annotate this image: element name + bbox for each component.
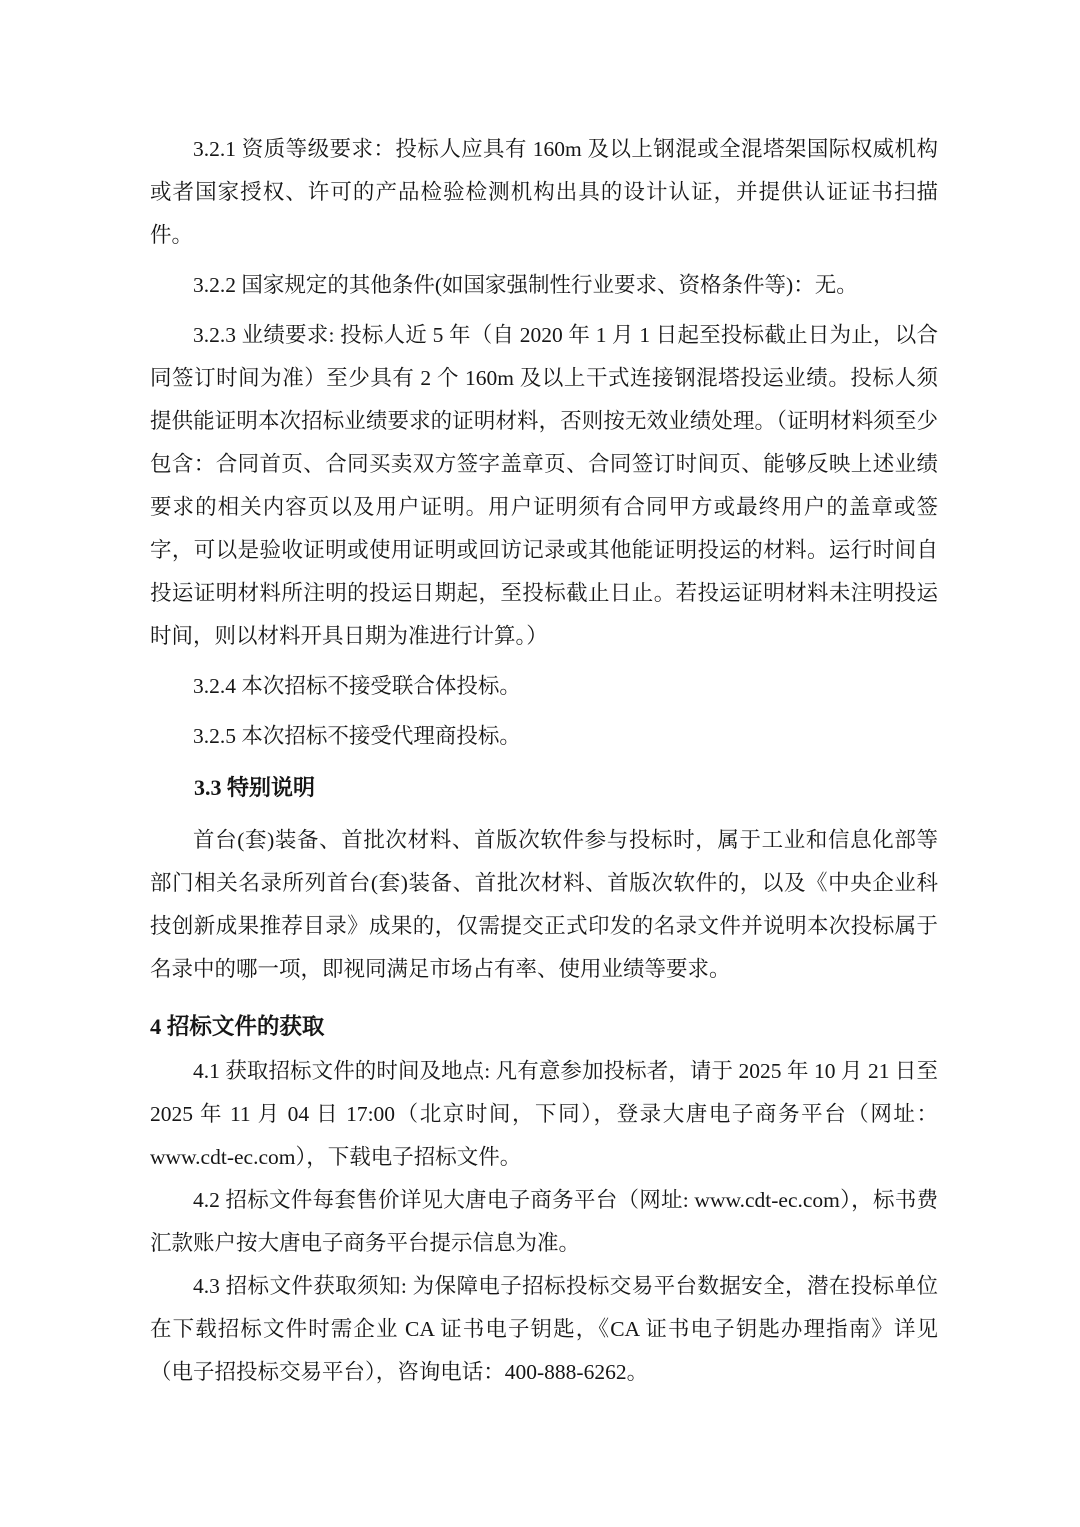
paragraph-3-2-2-other-national-conditions: 3.2.2 国家规定的其他条件(如国家强制性行业要求、资格条件等)：无。 (150, 264, 938, 307)
paragraph-4-3-acquisition-notice: 4.3 招标文件获取须知: 为保障电子招标投标交易平台数据安全，潜在投标单位在下… (150, 1265, 938, 1394)
paragraph-3-2-3-performance-requirements: 3.2.3 业绩要求: 投标人近 5 年（自 2020 年 1 月 1 日起至投… (150, 314, 938, 658)
paragraph-3-2-4-no-consortium-bids: 3.2.4 本次招标不接受联合体投标。 (150, 665, 938, 708)
paragraph-3-3-special-notes-body: 首台(套)装备、首批次材料、首版次软件参与投标时，属于工业和信息化部等部门相关名… (150, 819, 938, 991)
heading-4-obtaining-tender-documents: 4 招标文件的获取 (150, 1005, 938, 1048)
paragraph-4-2-document-price: 4.2 招标文件每套售价详见大唐电子商务平台（网址: www.cdt-ec.co… (150, 1179, 938, 1265)
document-page: 3.2.1 资质等级要求：投标人应具有 160m 及以上钢混或全混塔架国际权威机… (0, 0, 1080, 1527)
paragraph-3-2-5-no-agent-bids: 3.2.5 本次招标不接受代理商投标。 (150, 715, 938, 758)
document-body: 3.2.1 资质等级要求：投标人应具有 160m 及以上钢混或全混塔架国际权威机… (150, 128, 938, 1394)
paragraph-4-1-time-and-place: 4.1 获取招标文件的时间及地点: 凡有意参加投标者，请于 2025 年 10 … (150, 1050, 938, 1179)
heading-3-3-special-notes: 3.3 特别说明 (150, 766, 938, 809)
paragraph-3-2-1-qualification-requirements: 3.2.1 资质等级要求：投标人应具有 160m 及以上钢混或全混塔架国际权威机… (150, 128, 938, 257)
